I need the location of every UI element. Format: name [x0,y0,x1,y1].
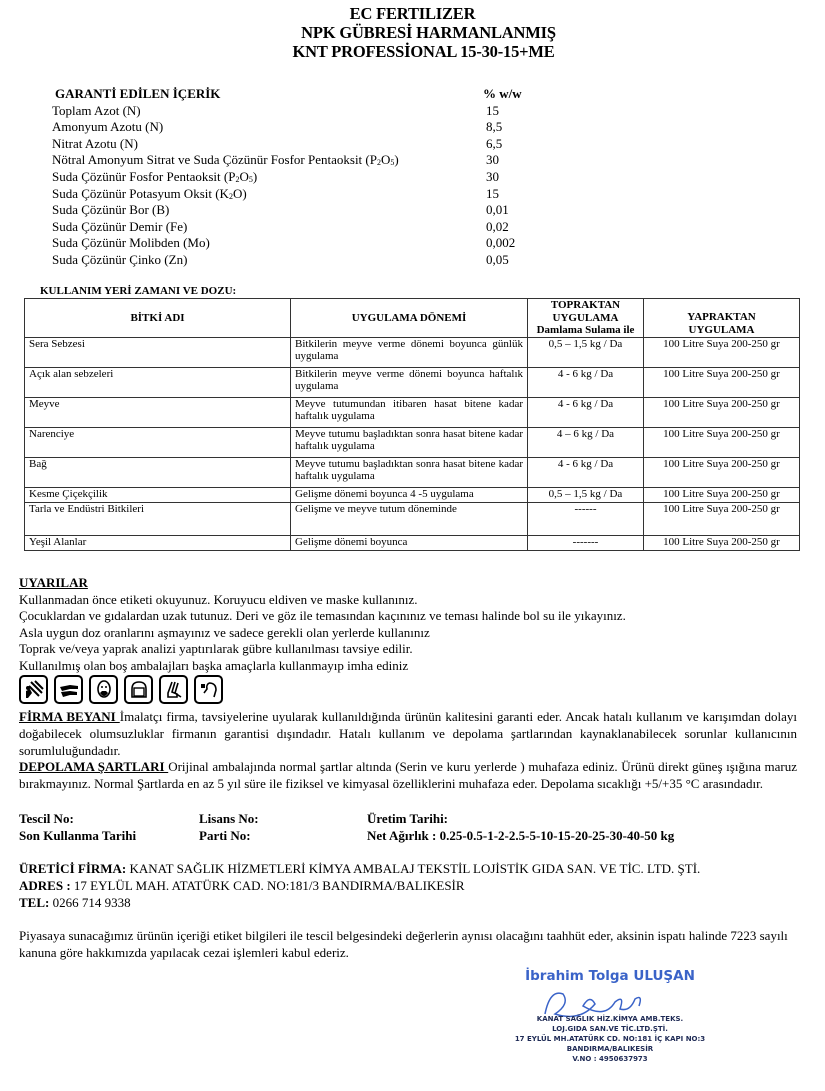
table-row: NarenciyeMeyve tutumu başladıktan sonra … [25,427,800,457]
table-row: Tarla ve Endüstri BitkileriGelişme ve me… [25,502,800,535]
warning-line: Toprak ve/veya yaprak analizi yaptırılar… [19,641,809,658]
storage-conditions: DEPOLAMA ŞARTLARI Orijinal ambalajında n… [19,759,797,793]
col-leaf-line2: UYGULAMA [648,324,795,337]
warning-line: Kullanmadan önce etiketi okuyunuz. Koruy… [19,592,809,609]
stamp-line: BANDIRMA/BALIKESİR [490,1044,730,1054]
stamp-line: V.NO : 4950637973 [490,1054,730,1064]
stamp-line: LOJ.GIDA SAN.VE TİC.LTD.ŞTİ. [490,1024,730,1034]
gloves-icon [54,675,83,704]
document-title: EC FERTILIZER NPK GÜBRESİ HARMANLANMIŞ K… [0,4,825,61]
contents-header: GARANTİ EDİLEN İÇERİK % w/w [52,86,572,103]
content-value: 8,5 [480,119,566,136]
usage-header-row: BİTKİ ADI UYGULAMA DÖNEMİ TOPRAKTAN UYGU… [25,299,800,338]
content-row: Suda Çözünür Çinko (Zn)0,05 [52,252,572,269]
net-agirlik: Net Ağırlık : 0.25-0.5-1-2-2.5-5-10-15-2… [367,827,674,844]
soil-dose-cell: 0,5 – 1,5 kg / Da [528,487,644,502]
unit-heading: % w/w [483,86,563,103]
plant-cell: Bağ [25,457,291,487]
table-row: Kesme ÇiçekçilikGelişme dönemi boyunca 4… [25,487,800,502]
safety-icons [19,675,223,704]
content-name: Suda Çözünür Potasyum Oksit (K2O) [52,186,480,203]
table-row: Açık alan sebzeleriBitkilerin meyve verm… [25,367,800,397]
table-row: MeyveMeyve tutumundan itibaren hasat bit… [25,397,800,427]
plant-cell: Narenciye [25,427,291,457]
col-soil-sub: Damlama Sulama ile [528,324,643,337]
content-value: 0,05 [480,252,566,269]
content-name: Amonyum Azotu (N) [52,119,480,136]
period-cell: Gelişme dönemi boyunca [291,535,528,550]
address: 17 EYLÜL MAH. ATATÜRK CAD. NO:181/3 BAND… [74,878,465,893]
col-leaf: YAPRAKTAN UYGULAMA [644,299,800,338]
plant-cell: Yeşil Alanlar [25,535,291,550]
stamp-name: İbrahim Tolga ULUŞAN [490,968,730,984]
col-leaf-line1: YAPRAKTAN [648,311,795,324]
period-cell: Meyve tutumu başladıktan sonra hasat bit… [291,457,528,487]
plant-cell: Tarla ve Endüstri Bitkileri [25,502,291,535]
tel: 0266 714 9338 [49,895,130,910]
storage-heading: DEPOLAMA ŞARTLARI [19,759,168,774]
content-row: Toplam Azot (N)15 [52,103,572,120]
content-row: Nötral Amonyum Sitrat ve Suda Çözünür Fo… [52,152,572,169]
face-shield-icon [124,675,153,704]
usage-table: BİTKİ ADI UYGULAMA DÖNEMİ TOPRAKTAN UYGU… [24,298,800,551]
stamp-line: 17 EYLÜL MH.ATATÜRK CD. NO:181 İÇ KAPI N… [490,1034,730,1044]
warnings-title: UYARILAR [19,575,809,592]
table-row: Sera SebzesiBitkilerin meyve verme dönem… [25,337,800,367]
period-cell: Bitkilerin meyve verme dönemi boyunca ha… [291,367,528,397]
contents-heading: GARANTİ EDİLEN İÇERİK [52,86,483,103]
content-name: Nitrat Azotu (N) [52,136,480,153]
manufacturer-info: ÜRETİCİ FİRMA: KANAT SAĞLIK HİZMETLERİ K… [19,860,700,911]
col-soil: TOPRAKTAN UYGULAMA Damlama Sulama ile [528,299,644,338]
content-name: Suda Çözünür Molibden (Mo) [52,235,480,252]
stamp-line: KANAT SAĞLIK HİZ.KİMYA AMB.TEKS. [490,1014,730,1024]
content-value: 0,02 [480,219,566,236]
col-plant: BİTKİ ADI [25,299,291,338]
manufacturer-name: KANAT SAĞLIK HİZMETLERİ KİMYA AMBALAJ TE… [126,861,700,876]
soil-dose-cell: 4 - 6 kg / Da [528,457,644,487]
content-name: Suda Çözünür Fosfor Pentaoksit (P2O5) [52,169,480,186]
content-value: 0,01 [480,202,566,219]
soil-dose-cell: ------- [528,535,644,550]
plant-cell: Meyve [25,397,291,427]
content-row: Nitrat Azotu (N)6,5 [52,136,572,153]
content-name: Suda Çözünür Demir (Fe) [52,219,480,236]
period-cell: Meyve tutumu başladıktan sonra hasat bit… [291,427,528,457]
content-value: 15 [480,186,566,203]
content-name: Nötral Amonyum Sitrat ve Suda Çözünür Fo… [52,152,480,169]
soil-dose-cell: 4 - 6 kg / Da [528,397,644,427]
period-cell: Gelişme ve meyve tutum döneminde [291,502,528,535]
company-statement: FİRMA BEYANI İmalatçı firma, tavsiyeleri… [19,709,797,759]
content-row: Suda Çözünür Demir (Fe)0,02 [52,219,572,236]
period-cell: Bitkilerin meyve verme dönemi boyunca gü… [291,337,528,367]
protective-clothing-icon [19,675,48,704]
soil-dose-cell: 4 – 6 kg / Da [528,427,644,457]
title-line-2: NPK GÜBRESİ HARMANLANMIŞ [0,23,825,42]
company-statement-heading: FİRMA BEYANI [19,709,120,724]
table-row: BağMeyve tutumu başladıktan sonra hasat … [25,457,800,487]
col-soil-line1: TOPRAKTAN [528,299,643,312]
tel-label: TEL: [19,895,49,910]
content-row: Suda Çözünür Potasyum Oksit (K2O)15 [52,186,572,203]
content-value: 0,002 [480,235,566,252]
boots-icon [159,675,188,704]
content-value: 30 [480,152,566,169]
period-cell: Meyve tutumundan itibaren hasat bitene k… [291,397,528,427]
guaranteed-contents: GARANTİ EDİLEN İÇERİK % w/w Toplam Azot … [52,86,572,269]
usage-title: KULLANIM YERİ ZAMANI VE DOZU: [40,285,236,297]
mask-icon [89,675,118,704]
uretim-tarihi: Üretim Tarihi: [367,810,448,827]
leaf-dose-cell: 100 Litre Suya 200-250 gr [644,427,800,457]
company-stamp: İbrahim Tolga ULUŞAN KANAT SAĞLIK HİZ.Kİ… [490,962,730,1087]
leaf-dose-cell: 100 Litre Suya 200-250 gr [644,367,800,397]
title-line-3: KNT PROFESSİONAL 15-30-15+ME [0,42,825,61]
warning-line: Çocuklardan ve gıdalardan uzak tutunuz. … [19,608,809,625]
content-name: Suda Çözünür Bor (B) [52,202,480,219]
content-row: Suda Çözünür Fosfor Pentaoksit (P2O5)30 [52,169,572,186]
content-value: 6,5 [480,136,566,153]
registration-info: Tescil No: Lisans No: Üretim Tarihi: Son… [19,810,674,844]
soil-dose-cell: 4 - 6 kg / Da [528,367,644,397]
leaf-dose-cell: 100 Litre Suya 200-250 gr [644,502,800,535]
warning-line: Asla uygun doz oranlarını aşmayınız ve s… [19,625,809,642]
col-soil-line2: UYGULAMA [528,312,643,325]
declaration: Piyasaya sunacağımız ürünün içeriği etik… [19,927,799,961]
leaf-dose-cell: 100 Litre Suya 200-250 gr [644,535,800,550]
content-name: Suda Çözünür Çinko (Zn) [52,252,480,269]
col-period: UYGULAMA DÖNEMİ [291,299,528,338]
table-row: Yeşil AlanlarGelişme dönemi boyunca-----… [25,535,800,550]
tescil-no: Tescil No: [19,810,199,827]
soil-dose-cell: ------ [528,502,644,535]
plant-cell: Kesme Çiçekçilik [25,487,291,502]
content-row: Suda Çözünür Molibden (Mo)0,002 [52,235,572,252]
address-label: ADRES : [19,878,74,893]
content-row: Amonyum Azotu (N)8,5 [52,119,572,136]
leaf-dose-cell: 100 Litre Suya 200-250 gr [644,487,800,502]
soil-dose-cell: 0,5 – 1,5 kg / Da [528,337,644,367]
plant-cell: Sera Sebzesi [25,337,291,367]
content-name: Toplam Azot (N) [52,103,480,120]
manufacturer-label: ÜRETİCİ FİRMA: [19,861,126,876]
son-kullanma-tarihi: Son Kullanma Tarihi [19,827,199,844]
period-cell: Gelişme dönemi boyunca 4 -5 uygulama [291,487,528,502]
parti-no: Parti No: [199,827,367,844]
title-line-1: EC FERTILIZER [0,4,825,23]
company-statement-text: İmalatçı firma, tavsiyelerine uyularak k… [19,709,797,758]
plant-cell: Açık alan sebzeleri [25,367,291,397]
warning-line: Kullanılmış olan boş ambalajları başka a… [19,658,809,675]
eye-wash-icon [194,675,223,704]
content-row: Suda Çözünür Bor (B)0,01 [52,202,572,219]
leaf-dose-cell: 100 Litre Suya 200-250 gr [644,457,800,487]
leaf-dose-cell: 100 Litre Suya 200-250 gr [644,337,800,367]
leaf-dose-cell: 100 Litre Suya 200-250 gr [644,397,800,427]
content-value: 30 [480,169,566,186]
content-value: 15 [480,103,566,120]
lisans-no: Lisans No: [199,810,367,827]
warnings-section: UYARILAR Kullanmadan önce etiketi okuyun… [19,575,809,675]
